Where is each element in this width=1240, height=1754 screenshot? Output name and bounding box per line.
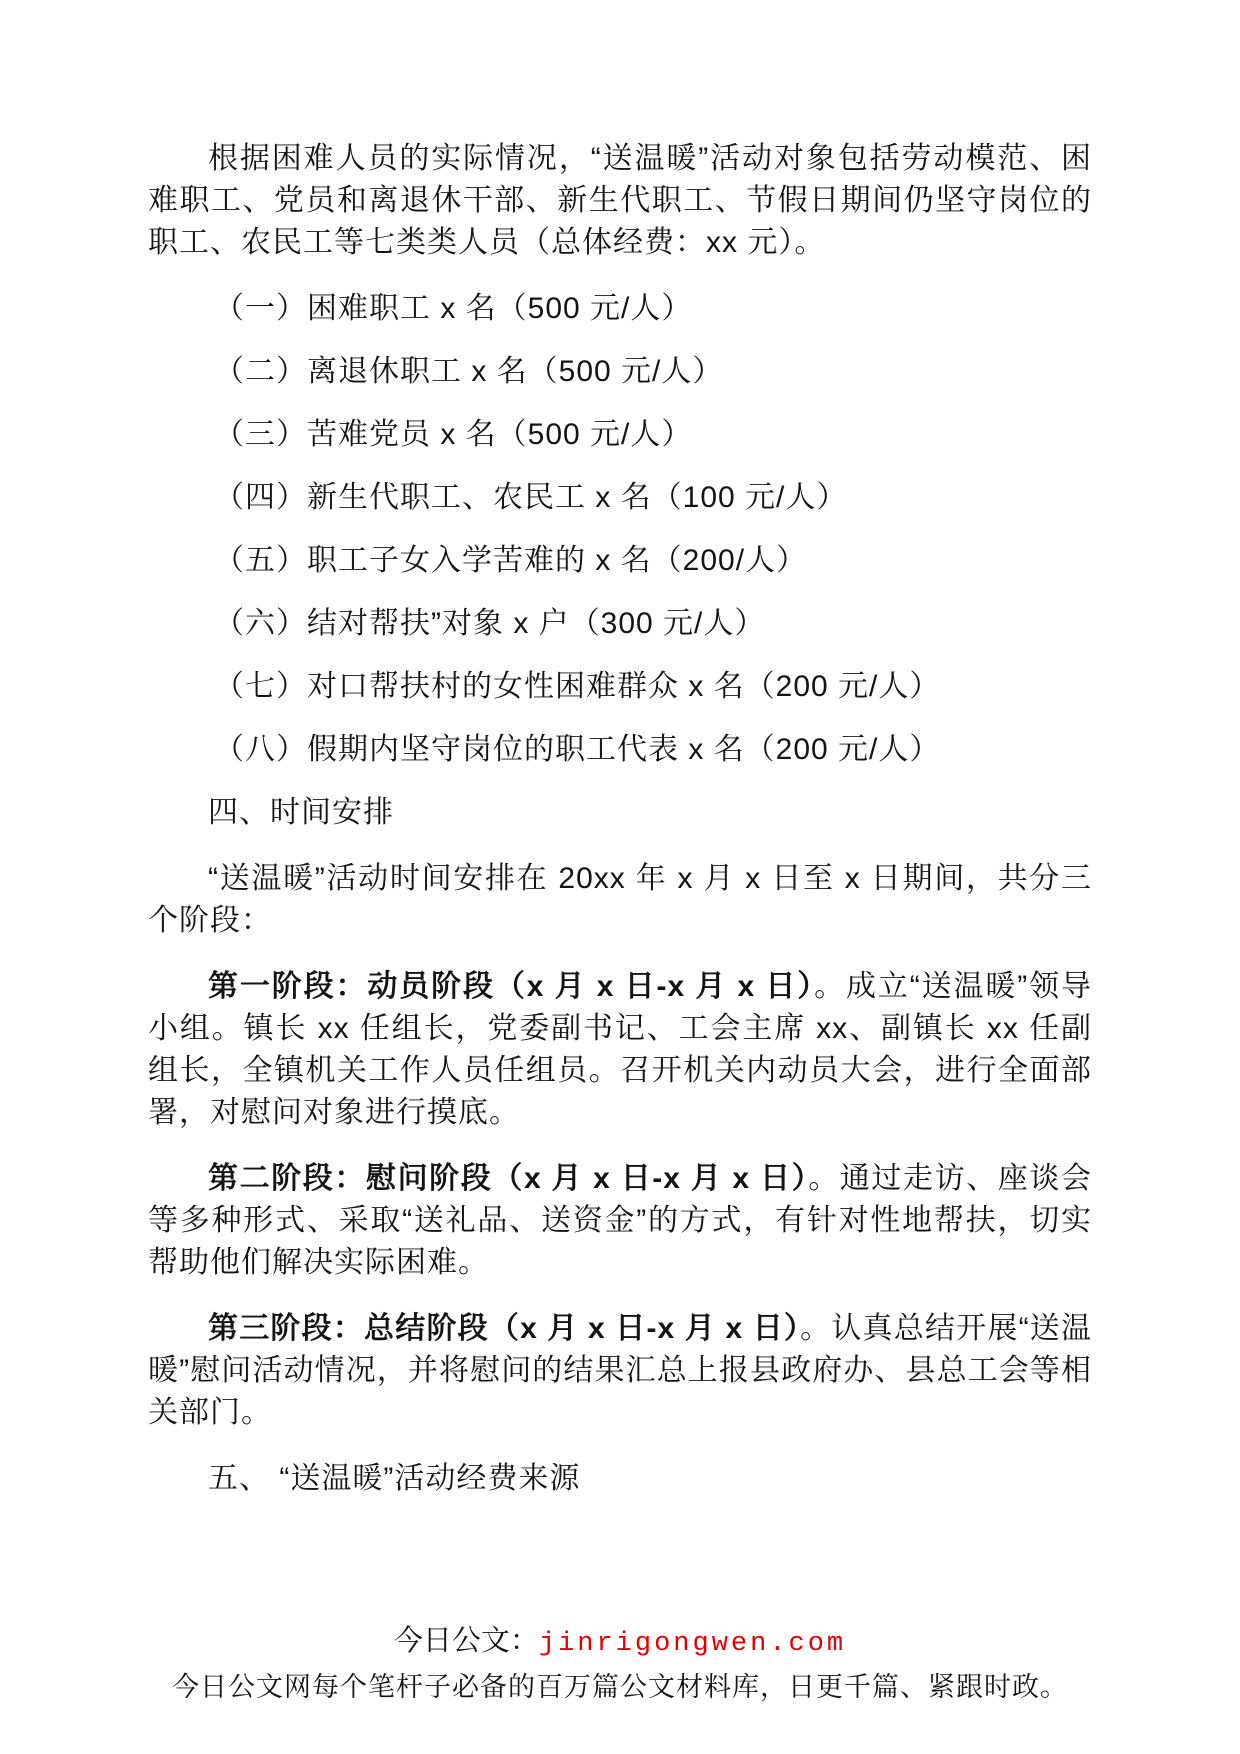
beneficiary-item-1: （一）困难职工 x 名（500 元/人） [148,288,1092,330]
section-heading-time-arrangement: 四、时间安排 [148,792,1092,834]
footer-site-line: 今日公文：jinrigongwen.com [0,1619,1240,1666]
beneficiary-item-6: （六）结对帮扶”对象 x 户（300 元/人） [148,603,1092,645]
stage-3-title: 第三阶段：总结阶段（x 月 x 日-x 月 x 日） [208,1312,800,1345]
page-footer: 今日公文：jinrigongwen.com 今日公文网每个笔杆子必备的百万篇公文… [0,1619,1240,1708]
section-heading-funding-source: 五、 “送温暖”活动经费来源 [148,1458,1092,1500]
intro-paragraph: 根据困难人员的实际情况，“送温暖”活动对象包括劳动模范、困难职工、党员和离退休干… [148,138,1092,264]
beneficiary-item-8: （八）假期内坚守岗位的职工代表 x 名（200 元/人） [148,729,1092,771]
document-page: 根据困难人员的实际情况，“送温暖”活动对象包括劳动模范、困难职工、党员和离退休干… [0,0,1240,1754]
beneficiary-item-2: （二）离退休职工 x 名（500 元/人） [148,351,1092,393]
schedule-paragraph: “送温暖”活动时间安排在 20xx 年 x 月 x 日至 x 日期间，共分三个阶… [148,858,1092,942]
stage-1-title: 第一阶段：动员阶段（x 月 x 日-x 月 x 日） [208,970,814,1003]
footer-site-link[interactable]: jinrigongwen.com [539,1629,846,1659]
stage-paragraph-2: 第二阶段：慰问阶段（x 月 x 日-x 月 x 日）。通过走访、座谈会等多种形式… [148,1158,1092,1284]
stage-paragraph-3: 第三阶段：总结阶段（x 月 x 日-x 月 x 日）。认真总结开展“送温暖”慰问… [148,1308,1092,1434]
stage-paragraph-1: 第一阶段：动员阶段（x 月 x 日-x 月 x 日）。成立“送温暖”领导小组。镇… [148,966,1092,1134]
beneficiary-item-4: （四）新生代职工、农民工 x 名（100 元/人） [148,477,1092,519]
beneficiary-item-3: （三）苦难党员 x 名（500 元/人） [148,414,1092,456]
beneficiary-item-7: （七）对口帮扶村的女性困难群众 x 名（200 元/人） [148,666,1092,708]
document-body: 根据困难人员的实际情况，“送温暖”活动对象包括劳动模范、困难职工、党员和离退休干… [0,0,1240,1500]
beneficiary-item-5: （五）职工子女入学苦难的 x 名（200/人） [148,540,1092,582]
stage-2-title: 第二阶段：慰问阶段（x 月 x 日-x 月 x 日） [208,1162,808,1195]
footer-site-label: 今日公文： [394,1625,539,1657]
footer-tagline: 今日公文网每个笔杆子必备的百万篇公文材料库，日更千篇、紧跟时政。 [0,1666,1240,1708]
